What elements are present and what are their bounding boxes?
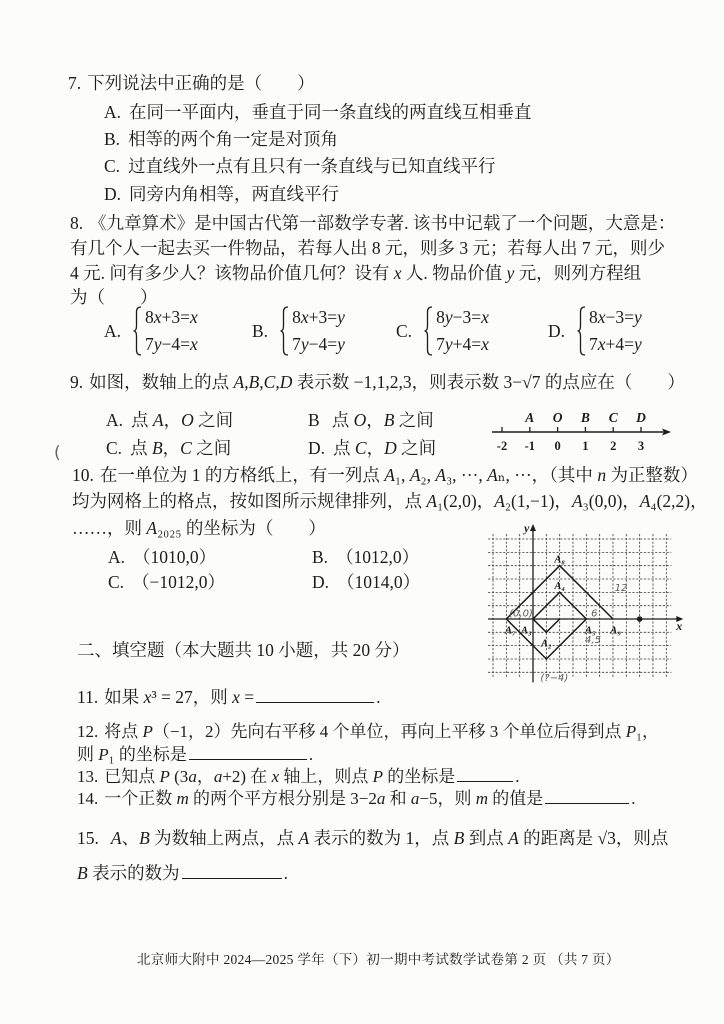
point-label: O [553, 410, 563, 425]
point-label: A₇ [504, 626, 516, 637]
equation-2: 7y−4=y [292, 331, 345, 358]
tick-label: 0 [554, 439, 560, 453]
equation-system: 8x+3=x 7y−4=x [145, 304, 198, 358]
question-8-option-d: D. 8x−3=y 7x+4=y [548, 304, 642, 358]
option-text: （−1012,0） [132, 572, 225, 592]
question-text: 《九章算术》是中国古代第一部数学专著. 该书中记载了一个问题，大意是： [89, 213, 675, 233]
section-2-title: 二、填空题（本大题共 10 小题，共 20 分） [77, 640, 410, 660]
question-text: 如图，数轴上的点 A,B,C,D 表示数 −1,1,2,3，则表示数 3−√7 … [89, 372, 685, 392]
question-number: 15. [77, 828, 99, 848]
question-10-option-b: B.（1012,0） [312, 547, 419, 567]
question-text: 一个正数 m 的两个平方根分别是 3−2a 和 a−5，则 m 的值是 [104, 789, 543, 808]
question-13: 13.已知点 P (3a，a+2) 在 x 轴上，则点 P 的坐标是. [77, 766, 520, 787]
question-10-line-1: 10.在一单位为 1 的方格纸上，有一列点 A₁, A₂, A₃, ···, A… [72, 465, 698, 485]
point-label: C [609, 410, 619, 425]
option-label: C. [396, 321, 412, 342]
question-15-line-2: B 表示的数为. [77, 863, 288, 883]
option-text: 点 C，D 之间 [333, 438, 436, 458]
option-text: 同旁内角相等，两直线平行 [129, 184, 339, 204]
dot-marker-icon [637, 616, 643, 622]
question-text: A、B 为数轴上两点，点 A 表示的数为 1，点 B 到点 A 的距离是 √3，… [111, 828, 669, 848]
answer-blank [545, 788, 629, 804]
option-label: B [308, 410, 320, 430]
x-axis-label: x [675, 619, 682, 633]
question-8-option-a: A. 8x+3=x 7y−4=x [104, 304, 198, 358]
question-7-stem: 7.下列说法中正确的是（ ） [68, 73, 315, 93]
question-11: 11.如果 x³ = 27，则 x =. [77, 687, 381, 707]
period: . [284, 863, 288, 883]
question-15-line-1: 15.A、B 为数轴上两点，点 A 表示的数为 1，点 B 到点 A 的距离是 … [77, 828, 668, 848]
handwritten-note: 12 [615, 583, 628, 594]
period: . [376, 687, 380, 707]
option-text: （1010,0） [133, 547, 216, 567]
question-8-line-3: 4 元. 问有多少人？该物品价值几何？设有 x 人. 物品价值 y 元，则列方程… [70, 263, 641, 283]
equation-1: 8x+3=x [145, 304, 198, 331]
option-label: B. [104, 129, 120, 149]
question-14: 14.一个正数 m 的两个平方根分别是 3−2a 和 a−5，则 m 的值是. [77, 788, 636, 809]
tick-label: -2 [497, 439, 507, 453]
answer-blank [182, 863, 282, 879]
point-label: A₈ [553, 554, 565, 565]
equation-1: 8y−3=x [436, 304, 489, 331]
question-9-option-b: B点 O，B 之间 [308, 410, 434, 430]
y-axis-arrow-icon [530, 524, 536, 531]
question-9-option-a: A.点 A，O 之间 [106, 410, 233, 430]
option-label: C. [104, 156, 120, 176]
question-number: 7. [68, 73, 81, 93]
option-label: A. [106, 410, 123, 430]
point-label: B [580, 410, 590, 425]
question-9-stem: 9.如图，数轴上的点 A,B,C,D 表示数 −1,1,2,3，则表示数 3−√… [70, 372, 685, 392]
question-7-option-b: B.相等的两个角一定是对顶角 [104, 129, 338, 149]
equation-2: 7y+4=x [436, 331, 489, 358]
question-text: B 表示的数为 [77, 863, 180, 883]
lattice-figure: xyA₈A₄A₇A₃A₅A₉A₂(0,0)6124,5(?−4) [484, 522, 684, 690]
question-text: 将点 P（−1，2）先向右平移 4 个单位，再向上平移 3 个单位后得到点 P₁… [104, 722, 659, 741]
question-8-option-b: B. 8x+3=y 7y−4=y [252, 304, 345, 358]
left-brace-icon [577, 306, 586, 356]
period: . [515, 767, 519, 786]
question-number: 14. [77, 789, 98, 808]
left-brace-icon [133, 306, 142, 356]
point-label: A₂ [540, 638, 552, 649]
question-number: 13. [77, 767, 98, 786]
tick-label: 1 [582, 439, 588, 453]
equation-2: 7x+4=y [589, 331, 642, 358]
option-label: D. [312, 572, 329, 592]
point-label: A [524, 410, 534, 425]
page-footer: 北京师大附中 2024—2025 学年（下）初一期中考试数学试卷第 2 页 （共… [137, 952, 620, 968]
question-text: 已知点 P (3a，a+2) 在 x 轴上，则点 P 的坐标是 [104, 767, 455, 786]
question-8-line-1: 8.《九章算术》是中国古代第一部数学专著. 该书中记载了一个问题，大意是： [70, 213, 675, 233]
option-label: A. [104, 102, 121, 122]
point-label: A₃ [520, 626, 532, 637]
question-8-option-c: C. 8y−3=x 7y+4=x [396, 304, 489, 358]
question-10-line-3: ……，则 A₂₀₂₅ 的坐标为（ ） [72, 518, 326, 538]
point-label: A₉ [609, 626, 621, 637]
option-label: C. [106, 438, 122, 458]
question-number: 9. [70, 372, 83, 392]
question-7-option-c: C.过直线外一点有且只有一条直线与已知直线平行 [104, 156, 496, 176]
question-text: 则 P₁ 的坐标是 [77, 745, 187, 764]
question-number: 8. [70, 213, 83, 233]
equation-1: 8x−3=y [589, 304, 642, 331]
option-label: A. [104, 321, 121, 342]
point-label: D [635, 410, 646, 425]
option-text: 相等的两个角一定是对顶角 [128, 129, 338, 149]
question-text: 如果 x³ = 27，则 x = [104, 687, 254, 707]
question-8-line-2: 有几个人一起去买一件物品，若每人出 8 元，则多 3 元；若每人出 7 元，则少 [70, 238, 665, 258]
equation-system: 8y−3=x 7y+4=x [436, 304, 489, 358]
question-12-line-1: 12.将点 P（−1，2）先向右平移 4 个单位，再向上平移 3 个单位后得到点… [77, 722, 659, 742]
question-7-option-d: D.同旁内角相等，两直线平行 [104, 184, 339, 204]
question-10-option-a: A.（1010,0） [108, 547, 216, 567]
handwritten-note: (0,0) [509, 608, 533, 619]
option-label: A. [108, 547, 125, 567]
handwritten-note: (?−4) [540, 673, 568, 684]
option-text: 点 A，O 之间 [131, 410, 233, 430]
question-number: 10. [72, 465, 94, 485]
question-10-option-c: C.（−1012,0） [108, 572, 225, 592]
question-7-option-a: A.在同一平面内，垂直于同一条直线的两直线互相垂直 [104, 102, 532, 122]
question-12-line-2: 则 P₁ 的坐标是. [77, 744, 313, 765]
question-9-option-c: C.点 B，C 之间 [106, 438, 231, 458]
tick-label: 3 [638, 439, 644, 453]
point-label: A₄ [553, 581, 565, 592]
period: . [631, 789, 635, 808]
option-text: 在同一平面内，垂直于同一条直线的两直线互相垂直 [129, 102, 532, 122]
option-text: 点 B，C 之间 [130, 438, 231, 458]
answer-blank [256, 687, 374, 703]
answer-blank [457, 766, 513, 782]
option-text: （1012,0） [336, 547, 419, 567]
option-label: D. [308, 438, 325, 458]
option-label: B. [252, 321, 268, 342]
y-axis-label: y [522, 522, 530, 535]
left-brace-icon [280, 306, 289, 356]
question-number: 12. [77, 722, 98, 741]
equation-system: 8x+3=y 7y−4=y [292, 304, 345, 358]
number-line-figure: -2-10123AOBCD [488, 405, 678, 457]
handwritten-note: 6 [591, 608, 597, 619]
tick-label: -1 [525, 439, 535, 453]
handwritten-margin-mark: ( [54, 443, 61, 463]
question-text: 在一单位为 1 的方格纸上，有一列点 A₁, A₂, A₃, ···, Aₙ, … [100, 465, 698, 485]
tick-label: 2 [610, 439, 616, 453]
question-text: 下列说法中正确的是（ ） [87, 73, 315, 93]
equation-2: 7y−4=x [145, 331, 198, 358]
option-label: D. [104, 184, 121, 204]
question-10-option-d: D.（1014,0） [312, 572, 420, 592]
option-label: B. [312, 547, 328, 567]
option-text: 过直线外一点有且只有一条直线与已知直线平行 [128, 156, 496, 176]
question-number: 11. [77, 687, 98, 707]
option-label: C. [108, 572, 124, 592]
question-9-option-d: D.点 C，D 之间 [308, 438, 436, 458]
left-brace-icon [424, 306, 433, 356]
equation-1: 8x+3=y [292, 304, 345, 331]
option-text: 点 O，B 之间 [332, 410, 434, 430]
option-label: D. [548, 321, 565, 342]
equation-system: 8x−3=y 7x+4=y [589, 304, 642, 358]
period: . [309, 745, 313, 764]
option-text: （1014,0） [337, 572, 420, 592]
question-10-line-2: 均为网格上的格点，按如图所示规律排列，点 A₁(2,0)，A₂(1,−1)，A₃… [72, 491, 708, 511]
answer-blank [189, 744, 307, 760]
handwritten-note: 4,5 [585, 635, 601, 646]
